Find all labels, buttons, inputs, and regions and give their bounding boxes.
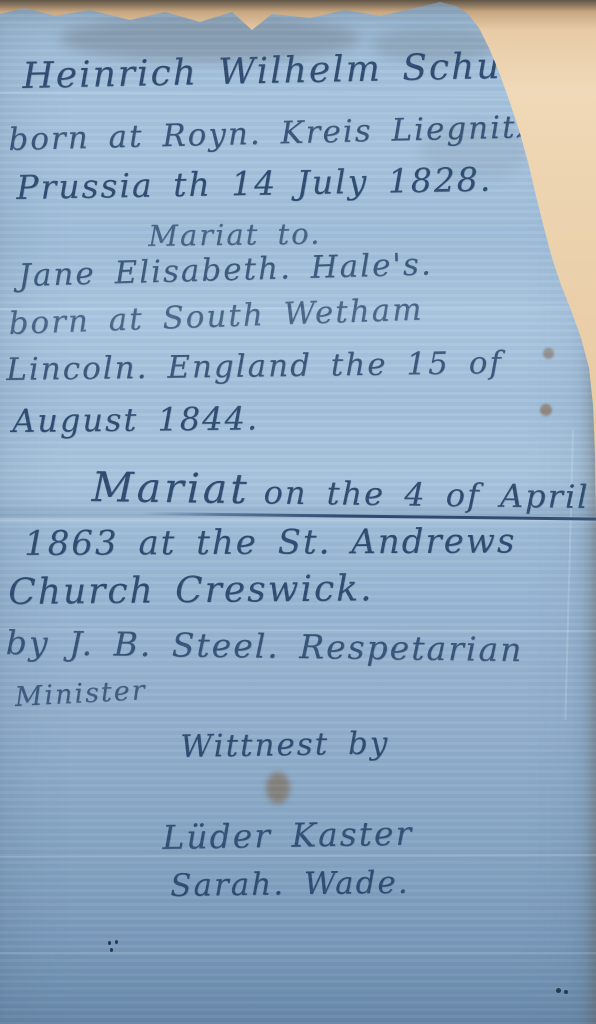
photo-backdrop: Heinrich Wilhelm Schueche. born at Royn.… — [0, 0, 596, 1024]
minister-title-line: Minister — [14, 675, 147, 713]
fold-crease — [0, 952, 596, 954]
marriage-date-rest: on the 4 of April — [263, 473, 589, 516]
stain-spot — [540, 404, 552, 416]
married-to-line: Mariat to. — [148, 217, 322, 253]
ink-dots — [556, 988, 561, 993]
bride-name-line: Jane Elisabeth. Hale's. — [18, 246, 433, 294]
ink-dots — [115, 940, 118, 944]
stain-spot — [543, 348, 554, 359]
marriage-church-line: Church Creswick. — [8, 568, 374, 613]
marriage-date-line: Mariaton the 4 of April — [91, 463, 589, 518]
stain-spot — [266, 772, 290, 804]
bride-birthplace-line: born at South Wetham — [8, 292, 424, 342]
bride-birthplace-line-2: Lincoln. England the 15 of — [6, 345, 503, 388]
marriage-word: Mariat — [91, 463, 250, 513]
minister-name-line: by J. B. Steel. Respetarian — [5, 623, 523, 669]
document-page: Heinrich Wilhelm Schueche. born at Royn.… — [0, 0, 596, 1024]
witness-name-2: Sarah. Wade. — [170, 865, 410, 904]
ink-dots — [110, 948, 113, 952]
witness-heading-line: Wittnest by — [180, 725, 390, 765]
bride-birthdate-line: August 1844. — [12, 399, 259, 440]
witness-name-1: Lüder Kaster — [162, 814, 414, 857]
ink-dots — [108, 941, 111, 945]
groom-birthdate-line: Prussia th 14 July 1828. — [16, 160, 493, 207]
ink-dots — [564, 990, 568, 994]
marriage-year-location-line: 1863 at the St. Andrews — [24, 521, 516, 564]
